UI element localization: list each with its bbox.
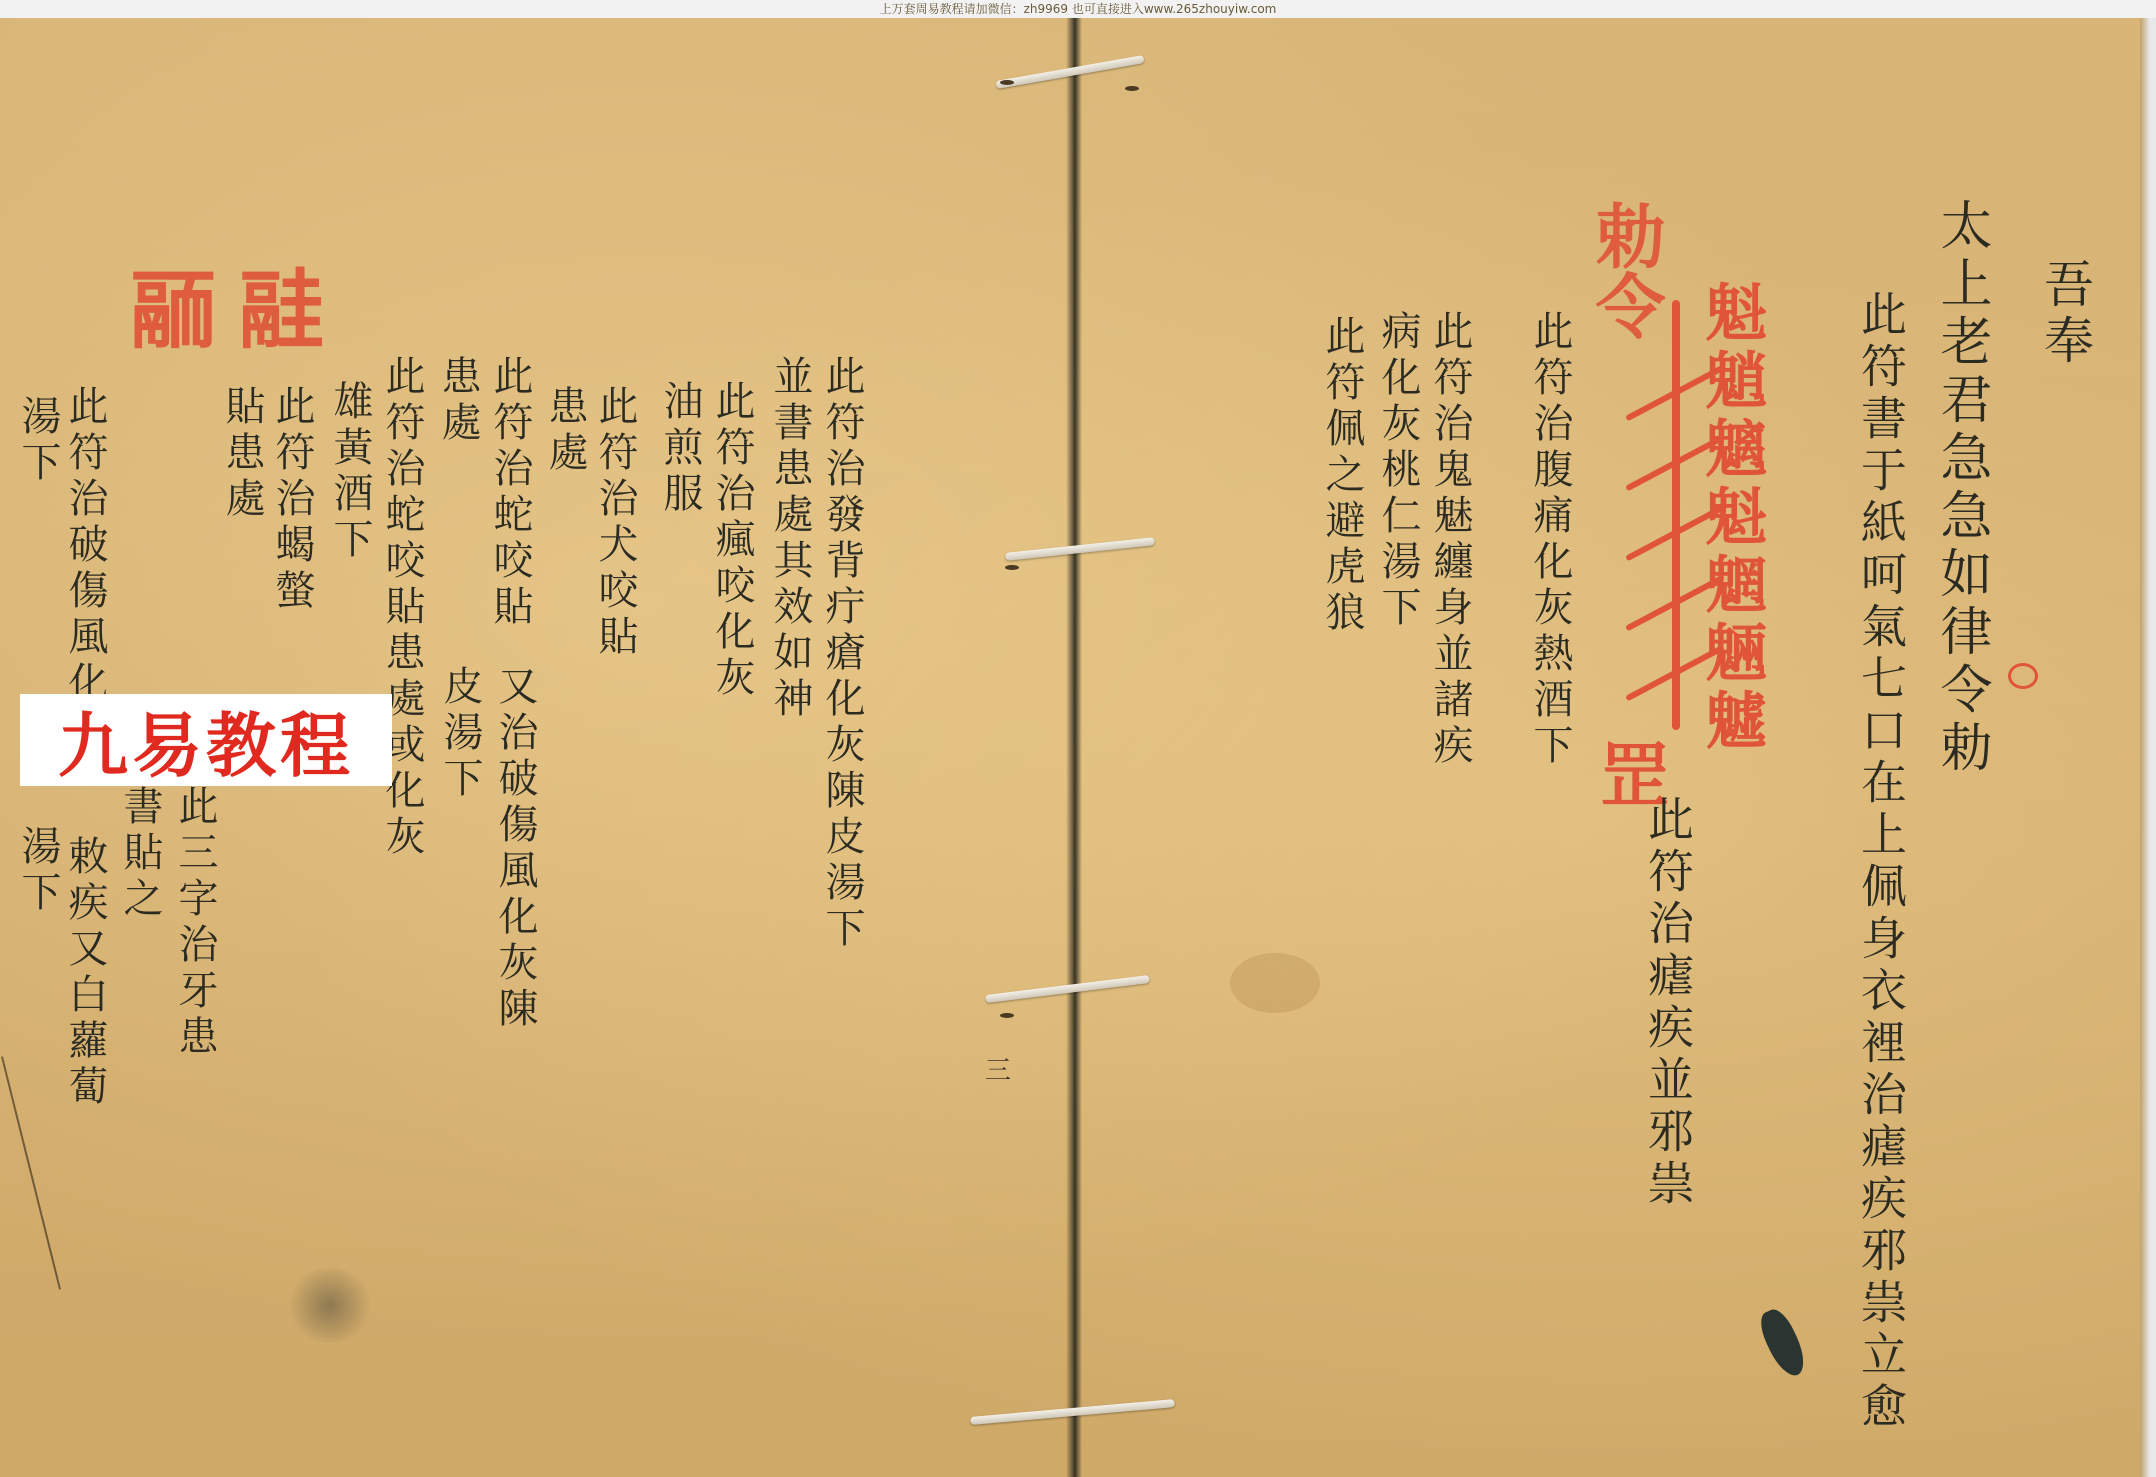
talisman-glyph: 𩰳: [238, 268, 324, 354]
entry-text: 患處: [545, 385, 585, 477]
entry-text: 皮湯下: [440, 665, 480, 803]
entry-text: 此符治鬼魅纏身並諸疾: [1430, 310, 1470, 770]
entry-text: 油煎服: [660, 380, 700, 518]
entry-text: 此三字治牙患: [175, 785, 215, 1061]
talisman-stroke: [1672, 300, 1680, 730]
entry-text: 此符治發背疔瘡化灰陳皮湯下: [822, 355, 862, 953]
entry-text: 此符佩之避虎狼: [1322, 315, 1362, 637]
entry-text: 並書患處其效如神: [770, 355, 810, 723]
entry-text: 此符書于紙呵氣七口在上佩身衣裡治瘧疾邪祟立愈: [1858, 290, 1904, 1434]
binding-hole: [1125, 86, 1139, 91]
watermark-banner: 九易教程: [20, 694, 392, 786]
binding-hole: [1000, 80, 1014, 85]
entry-text: 此符治瘧疾並邪祟: [1645, 795, 1691, 1211]
entry-text: 患處: [438, 355, 478, 447]
entry-text: 此符治蝎螫: [272, 385, 312, 615]
entry-text: 此符治瘋咬化灰: [712, 380, 752, 702]
entry-text: 雄黃酒下: [330, 380, 370, 564]
entry-text: 此符治腹痛化灰熱酒下: [1530, 310, 1570, 770]
binding-hole: [1005, 565, 1019, 570]
watermark-text: 上万套周易教程请加微信：zh9969 也可直接进入www.265zhouyiw.…: [0, 0, 2156, 18]
entry-text: 此符治蛇咬貼: [490, 355, 530, 631]
invocation-text: 太上老君急急如律令勅: [1935, 198, 1987, 778]
entry-text: 書貼之: [120, 785, 160, 923]
entry-text: 敕疾又白蘿蔔: [65, 835, 105, 1111]
red-seal-mark: [2008, 663, 2038, 689]
page-number: 三: [985, 1050, 1011, 1087]
banner-text: 九易教程: [58, 690, 354, 791]
water-stain: [1230, 953, 1320, 1013]
entry-text: 湯下: [18, 825, 58, 917]
entry-text: 此符治犬咬貼: [595, 385, 635, 661]
entry-text: 貼患處: [222, 385, 262, 523]
entry-text: 又治破傷風化灰陳: [495, 665, 535, 1033]
entry-text: 湯下: [18, 395, 58, 487]
entry-text: 病化灰桃仁湯下: [1378, 310, 1418, 632]
page-edge: [2140, 18, 2156, 1477]
ink-smudge: [285, 1268, 375, 1343]
book-spine: [1066, 18, 1082, 1477]
header-text: 吾奉: [2040, 258, 2090, 370]
binding-hole: [1000, 1013, 1014, 1018]
talisman-glyph: 𩰴: [130, 268, 216, 354]
talisman-main-glyph: 勅令: [1590, 200, 1660, 340]
